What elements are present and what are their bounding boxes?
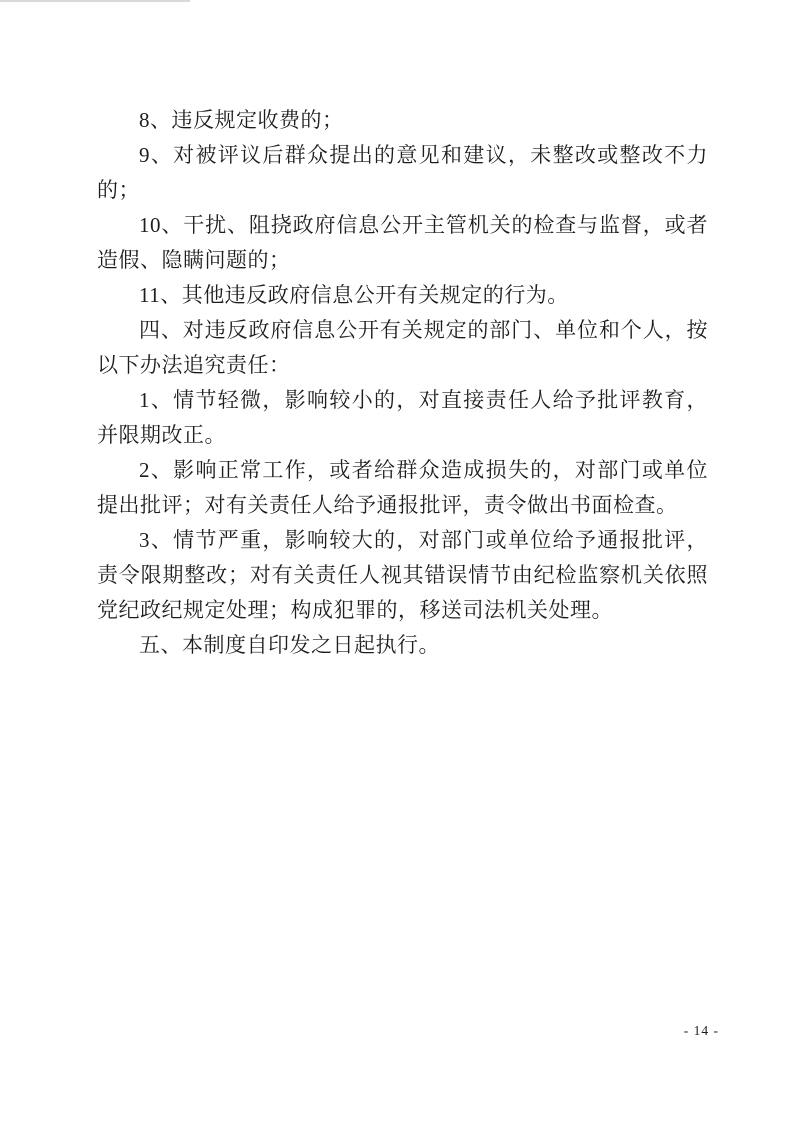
list-item-10: 10、干扰、阻挠政府信息公开主管机关的检查与监督，或者造假、隐瞒问题的； (97, 208, 708, 278)
penalty-item-2: 2、影响正常工作，或者给群众造成损失的，对部门或单位提出批评；对有关责任人给予通… (97, 453, 708, 523)
page-number: - 14 - (684, 1023, 719, 1038)
penalty-item-1: 1、情节轻微，影响较小的，对直接责任人给予批评教育，并限期改正。 (97, 383, 708, 453)
page-footer: - 14 - (684, 1023, 719, 1039)
list-item-11: 11、其他违反政府信息公开有关规定的行为。 (97, 278, 708, 313)
list-item-9: 9、对被评议后群众提出的意见和建议，未整改或整改不力的； (97, 138, 708, 208)
penalty-item-3: 3、情节严重，影响较大的，对部门或单位给予通报批评，责令限期整改；对有关责任人视… (97, 523, 708, 628)
section-4-heading-paragraph: 四、对违反政府信息公开有关规定的部门、单位和个人，按以下办法追究责任： (97, 313, 708, 383)
scan-edge-artifact (0, 0, 190, 2)
document-body: 8、违反规定收费的； 9、对被评议后群众提出的意见和建议，未整改或整改不力的； … (97, 103, 708, 663)
document-page: { "theme": { "page_background": "#ffffff… (0, 0, 793, 1122)
list-item-8: 8、违反规定收费的； (97, 103, 708, 138)
section-5-paragraph: 五、本制度自印发之日起执行。 (97, 628, 708, 663)
